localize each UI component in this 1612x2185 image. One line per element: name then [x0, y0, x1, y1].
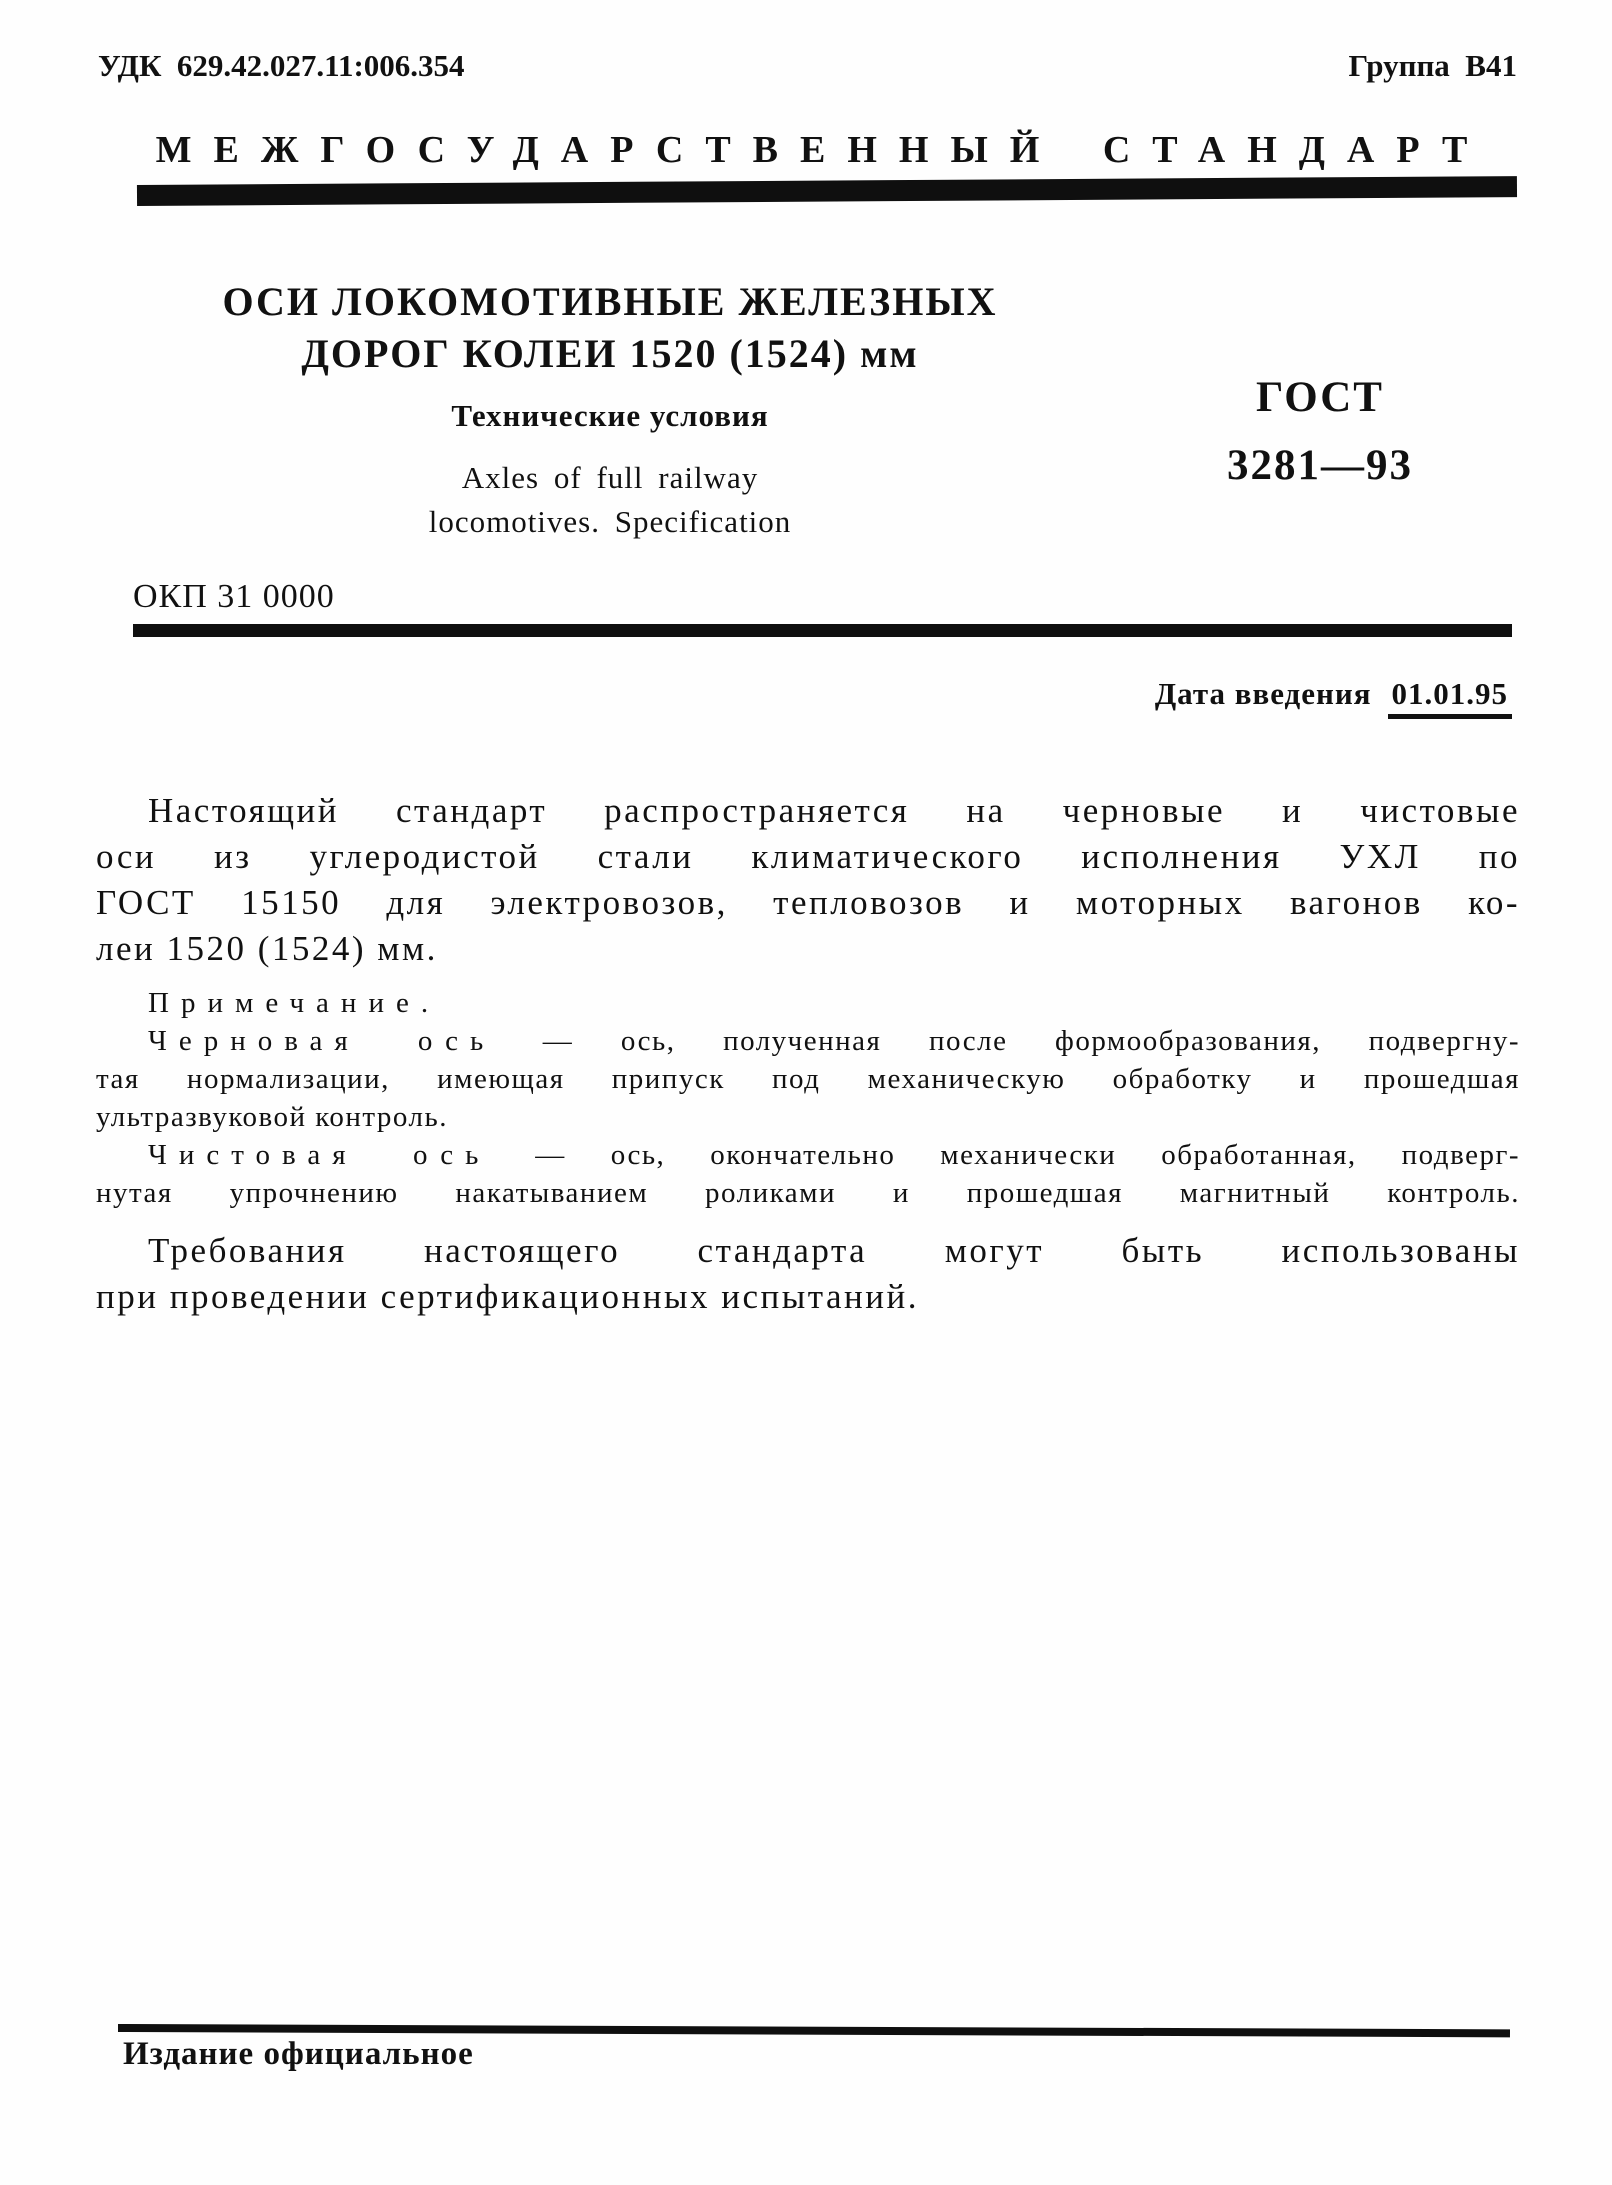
- standard-designation: ГОСТ 3281—93: [1166, 364, 1474, 500]
- effective-date-value: 01.01.95: [1388, 676, 1513, 719]
- group-code: Группа В41: [1348, 48, 1517, 84]
- okp-code: ОКП 31 0000: [133, 578, 335, 616]
- title-en-line2: locomotives. Specification: [190, 500, 1030, 544]
- official-edition-label: Издание официальное: [123, 2036, 474, 2073]
- note-para2-line2: нутая упрочнению накатыванием роликами и…: [96, 1174, 1520, 1212]
- scope-line-2: оси из углеродистой стали климатического…: [96, 834, 1520, 880]
- scope-line-4: леи 1520 (1524) мм.: [96, 926, 1520, 972]
- top-row: УДК 629.42.027.11:006.354 Группа В41: [98, 48, 1517, 84]
- note-para2-line1-rest: — ось, окончательно механически обработа…: [535, 1139, 1520, 1171]
- subtitle: Технические условия: [190, 396, 1030, 436]
- certification-line-1: Требования настоящего стандарта могут бы…: [96, 1228, 1520, 1274]
- standard-kind-heading: МЕЖГОСУДАРСТВЕННЫЙ СТАНДАРТ: [130, 128, 1515, 172]
- scope-line-3: ГОСТ 15150 для электровозов, тепловозов …: [96, 880, 1520, 926]
- effective-date-row: Дата введения01.01.95: [1155, 676, 1512, 712]
- header-rule: [137, 176, 1517, 206]
- title-en-line1: Axles of full railway: [190, 456, 1030, 500]
- note-heading: Примечание.: [96, 984, 1520, 1022]
- body-text: Настоящий стандарт распространяется на ч…: [96, 788, 1520, 1320]
- title-ru-line2: ДОРОГ КОЛЕИ 1520 (1524) мм: [190, 328, 1030, 380]
- scope-line-1: Настоящий стандарт распространяется на ч…: [96, 788, 1520, 834]
- title-ru-line1: ОСИ ЛОКОМОТИВНЫЕ ЖЕЛЕЗНЫХ: [190, 276, 1030, 328]
- title-block: ОСИ ЛОКОМОТИВНЫЕ ЖЕЛЕЗНЫХ ДОРОГ КОЛЕИ 15…: [190, 276, 1030, 544]
- designation-gost: ГОСТ: [1166, 364, 1474, 432]
- note-term-finished-axle: Чистовая ось: [148, 1139, 490, 1171]
- title-en: Axles of full railway locomotives. Speci…: [190, 456, 1030, 544]
- document-page: УДК 629.42.027.11:006.354 Группа В41 МЕЖ…: [0, 0, 1612, 2185]
- effective-date-label: Дата введения: [1155, 676, 1372, 711]
- certification-line-2: при проведении сертификационных испытани…: [96, 1274, 1520, 1320]
- note-para1-line1-rest: — ось, полученная после формообразования…: [543, 1025, 1520, 1057]
- mid-rule: [133, 624, 1512, 637]
- note-para2-line1: Чистовая ось — ось, окончательно механич…: [96, 1136, 1520, 1174]
- note-para1-line1: Черновая ось — ось, полученная после фор…: [96, 1022, 1520, 1060]
- udk-number: УДК 629.42.027.11:006.354: [98, 48, 465, 84]
- note-term-rough-axle: Черновая ось: [148, 1025, 495, 1057]
- note-para1-line2: тая нормализации, имеющая припуск под ме…: [96, 1060, 1520, 1098]
- designation-number: 3281—93: [1166, 432, 1474, 500]
- note-para1-line3: ультразвуковой контроль.: [96, 1098, 1520, 1136]
